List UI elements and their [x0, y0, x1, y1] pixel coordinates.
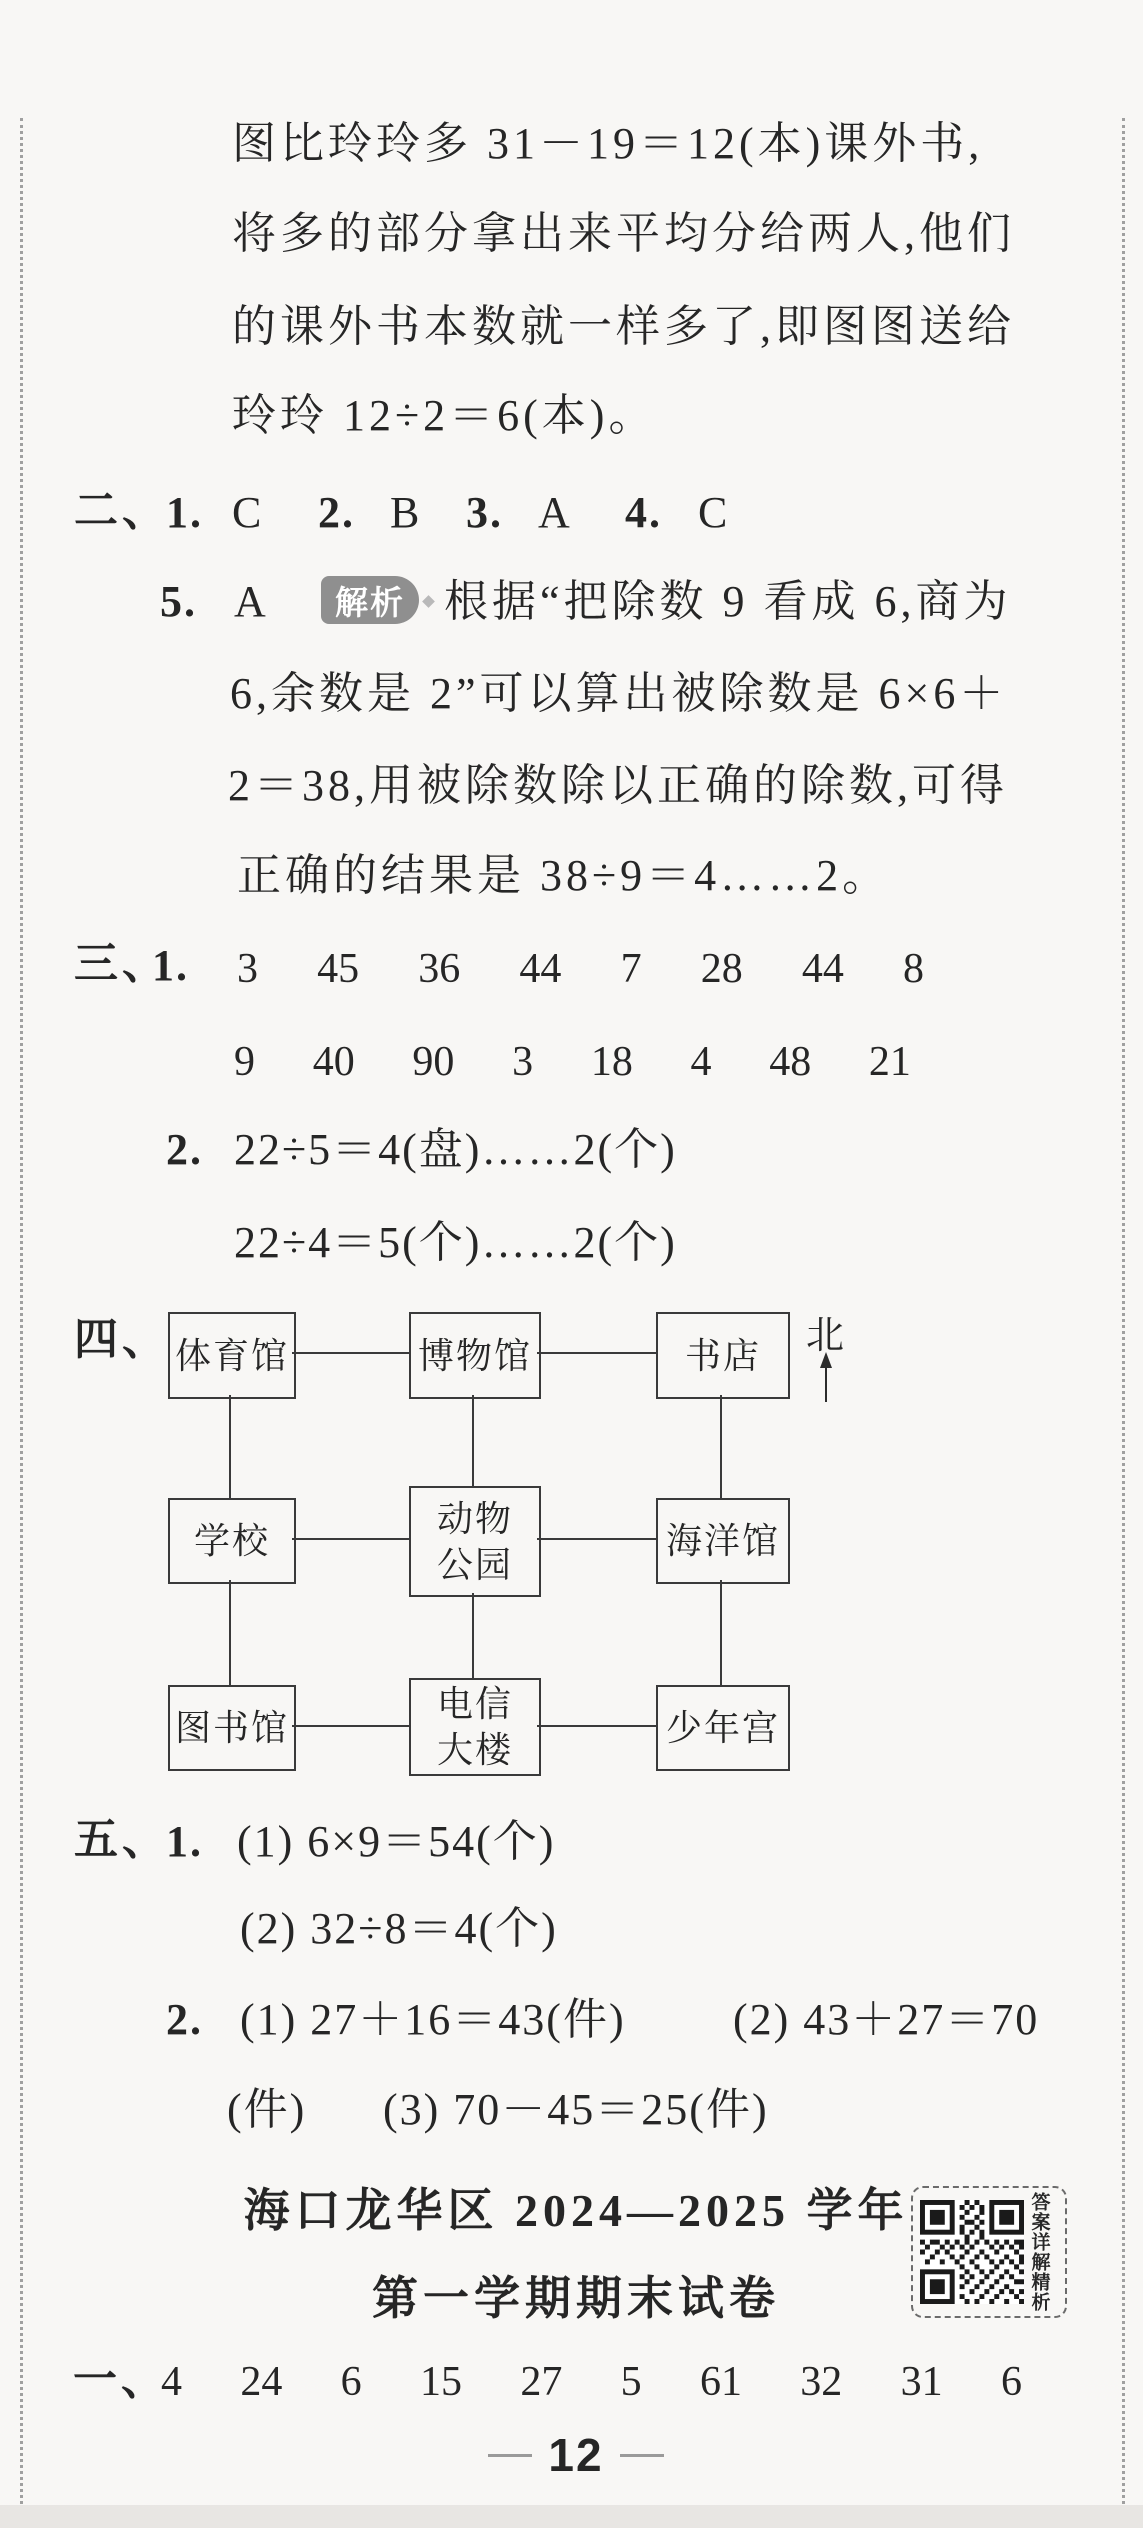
- map-connector: [720, 1395, 722, 1498]
- map-connector: [472, 1395, 474, 1486]
- answer-letter: B: [390, 489, 421, 537]
- number-value: 36: [418, 947, 460, 991]
- question-number: 2.: [166, 1126, 203, 1174]
- number-row: 4246152756132316: [161, 2360, 1022, 2404]
- map-connector: [537, 1538, 656, 1540]
- map-connector: [229, 1395, 231, 1498]
- analysis-line: 正确的结果是 38÷9＝4……2。: [237, 852, 890, 900]
- division-answer-line: 22÷4＝5(个)……2(个): [234, 1219, 677, 1267]
- section-one-label: 一、: [73, 2356, 169, 2404]
- number-value: 27: [520, 2360, 562, 2404]
- number-value: 21: [869, 1040, 911, 1084]
- section-five-label: 五、: [74, 1816, 170, 1864]
- page-number: 12: [548, 2428, 603, 2482]
- map-connector: [292, 1538, 409, 1540]
- number-value: 44: [519, 947, 561, 991]
- qr-code: [920, 2200, 1024, 2304]
- number-value: 3: [512, 1040, 533, 1084]
- section-four-label: 四、: [74, 1316, 170, 1364]
- map-connector: [292, 1352, 409, 1354]
- map-box-youth-palace: 少年宫: [656, 1685, 790, 1771]
- answer-number: 3.: [466, 489, 503, 537]
- number-value: 31: [901, 2360, 943, 2404]
- map-box-museum: 博物馆: [409, 1312, 541, 1399]
- answer-number: 5.: [160, 578, 197, 626]
- page-bottom-edge: [0, 2505, 1143, 2528]
- number-value: 4: [161, 2360, 182, 2404]
- number-value: 7: [621, 947, 642, 991]
- number-value: 15: [420, 2360, 462, 2404]
- analysis-line: 6,余数是 2”可以算出被除数是 6×6＋: [230, 670, 1007, 718]
- page-number-dash: [620, 2454, 664, 2457]
- answer-number: 4.: [625, 489, 662, 537]
- page-border-left: [20, 118, 23, 2504]
- section-two-label: 二、: [74, 487, 170, 535]
- number-value: 9: [234, 1040, 255, 1084]
- sub-answer: (件): [227, 2086, 306, 2134]
- sub-answer: (2) 32÷8＝4(个): [240, 1905, 558, 1953]
- division-answer-line: 22÷5＝4(盘)……2(个): [234, 1126, 677, 1174]
- answer-letter: C: [698, 489, 729, 537]
- analysis-line: 根据“把除数 9 看成 6,商为: [444, 578, 1012, 626]
- answer-letter: A: [538, 489, 572, 537]
- sub-answer: (1) 6×9＝54(个): [237, 1818, 555, 1866]
- workbook-answer-page: 图比玲玲多 31－19＝12(本)课外书, 将多的部分拿出来平均分给两人,他们 …: [0, 0, 1143, 2528]
- number-row: 3453644728448: [237, 947, 924, 991]
- answer-number: 1.: [166, 489, 203, 537]
- page-footer: 12: [76, 2428, 1076, 2482]
- question-number: 1.: [166, 1818, 203, 1866]
- number-value: 6: [341, 2360, 362, 2404]
- number-value: 45: [317, 947, 359, 991]
- number-value: 5: [621, 2360, 642, 2404]
- map-box-zoo-park: 动物 公园: [409, 1486, 541, 1597]
- explanation-line: 将多的部分拿出来平均分给两人,他们: [232, 210, 1015, 258]
- number-value: 3: [237, 947, 258, 991]
- number-value: 40: [313, 1040, 355, 1084]
- sub-answer: (2) 43＋27＝70: [733, 1996, 1039, 2044]
- number-value: 44: [802, 947, 844, 991]
- badge-diamond-ornament: [422, 595, 435, 608]
- page-number-dash: [488, 2454, 532, 2457]
- number-value: 28: [701, 947, 743, 991]
- explanation-line: 的课外书本数就一样多了,即图图送给: [232, 303, 1015, 351]
- analysis-badge: 解析: [321, 576, 419, 624]
- number-value: 61: [700, 2360, 742, 2404]
- answer-letter: C: [232, 489, 263, 537]
- number-value: 48: [769, 1040, 811, 1084]
- sub-answer: (3) 70－45＝25(件): [383, 2086, 769, 2134]
- explanation-line: 图比玲玲多 31－19＝12(本)课外书,: [232, 120, 983, 168]
- qr-code-panel: 答案详解精析: [911, 2186, 1067, 2318]
- map-box-aquarium: 海洋馆: [656, 1498, 790, 1584]
- map-box-school: 学校: [168, 1498, 296, 1584]
- page-border-right: [1122, 118, 1125, 2504]
- map-connector: [720, 1580, 722, 1685]
- number-value: 32: [800, 2360, 842, 2404]
- map-connector: [537, 1725, 656, 1727]
- explanation-line: 玲玲 12÷2＝6(本)。: [232, 392, 656, 440]
- question-number: 2.: [166, 1996, 203, 2044]
- number-value: 18: [591, 1040, 633, 1084]
- sub-answer: (1) 27＋16＝43(件): [240, 1996, 626, 2044]
- number-value: 4: [691, 1040, 712, 1084]
- number-value: 24: [240, 2360, 282, 2404]
- question-number: 1.: [152, 942, 189, 990]
- answer-number: 2.: [318, 489, 355, 537]
- north-arrow-icon: [816, 1352, 836, 1404]
- number-value: 90: [412, 1040, 454, 1084]
- map-connector: [537, 1352, 656, 1354]
- number-value: 8: [903, 947, 924, 991]
- answer-letter: A: [234, 578, 268, 626]
- number-row: 9409031844821: [234, 1040, 911, 1084]
- map-box-bookstore: 书店: [656, 1312, 790, 1399]
- map-connector: [229, 1580, 231, 1685]
- qr-caption: 答案详解精析: [1028, 2192, 1049, 2312]
- analysis-line: 2＝38,用被除数除以正确的除数,可得: [228, 762, 1008, 810]
- map-connector: [472, 1593, 474, 1678]
- map-box-library: 图书馆: [168, 1685, 296, 1771]
- map-box-telecom-building: 电信 大楼: [409, 1678, 541, 1776]
- number-value: 6: [1001, 2360, 1022, 2404]
- map-box-gymnasium: 体育馆: [168, 1312, 296, 1399]
- map-connector: [292, 1725, 409, 1727]
